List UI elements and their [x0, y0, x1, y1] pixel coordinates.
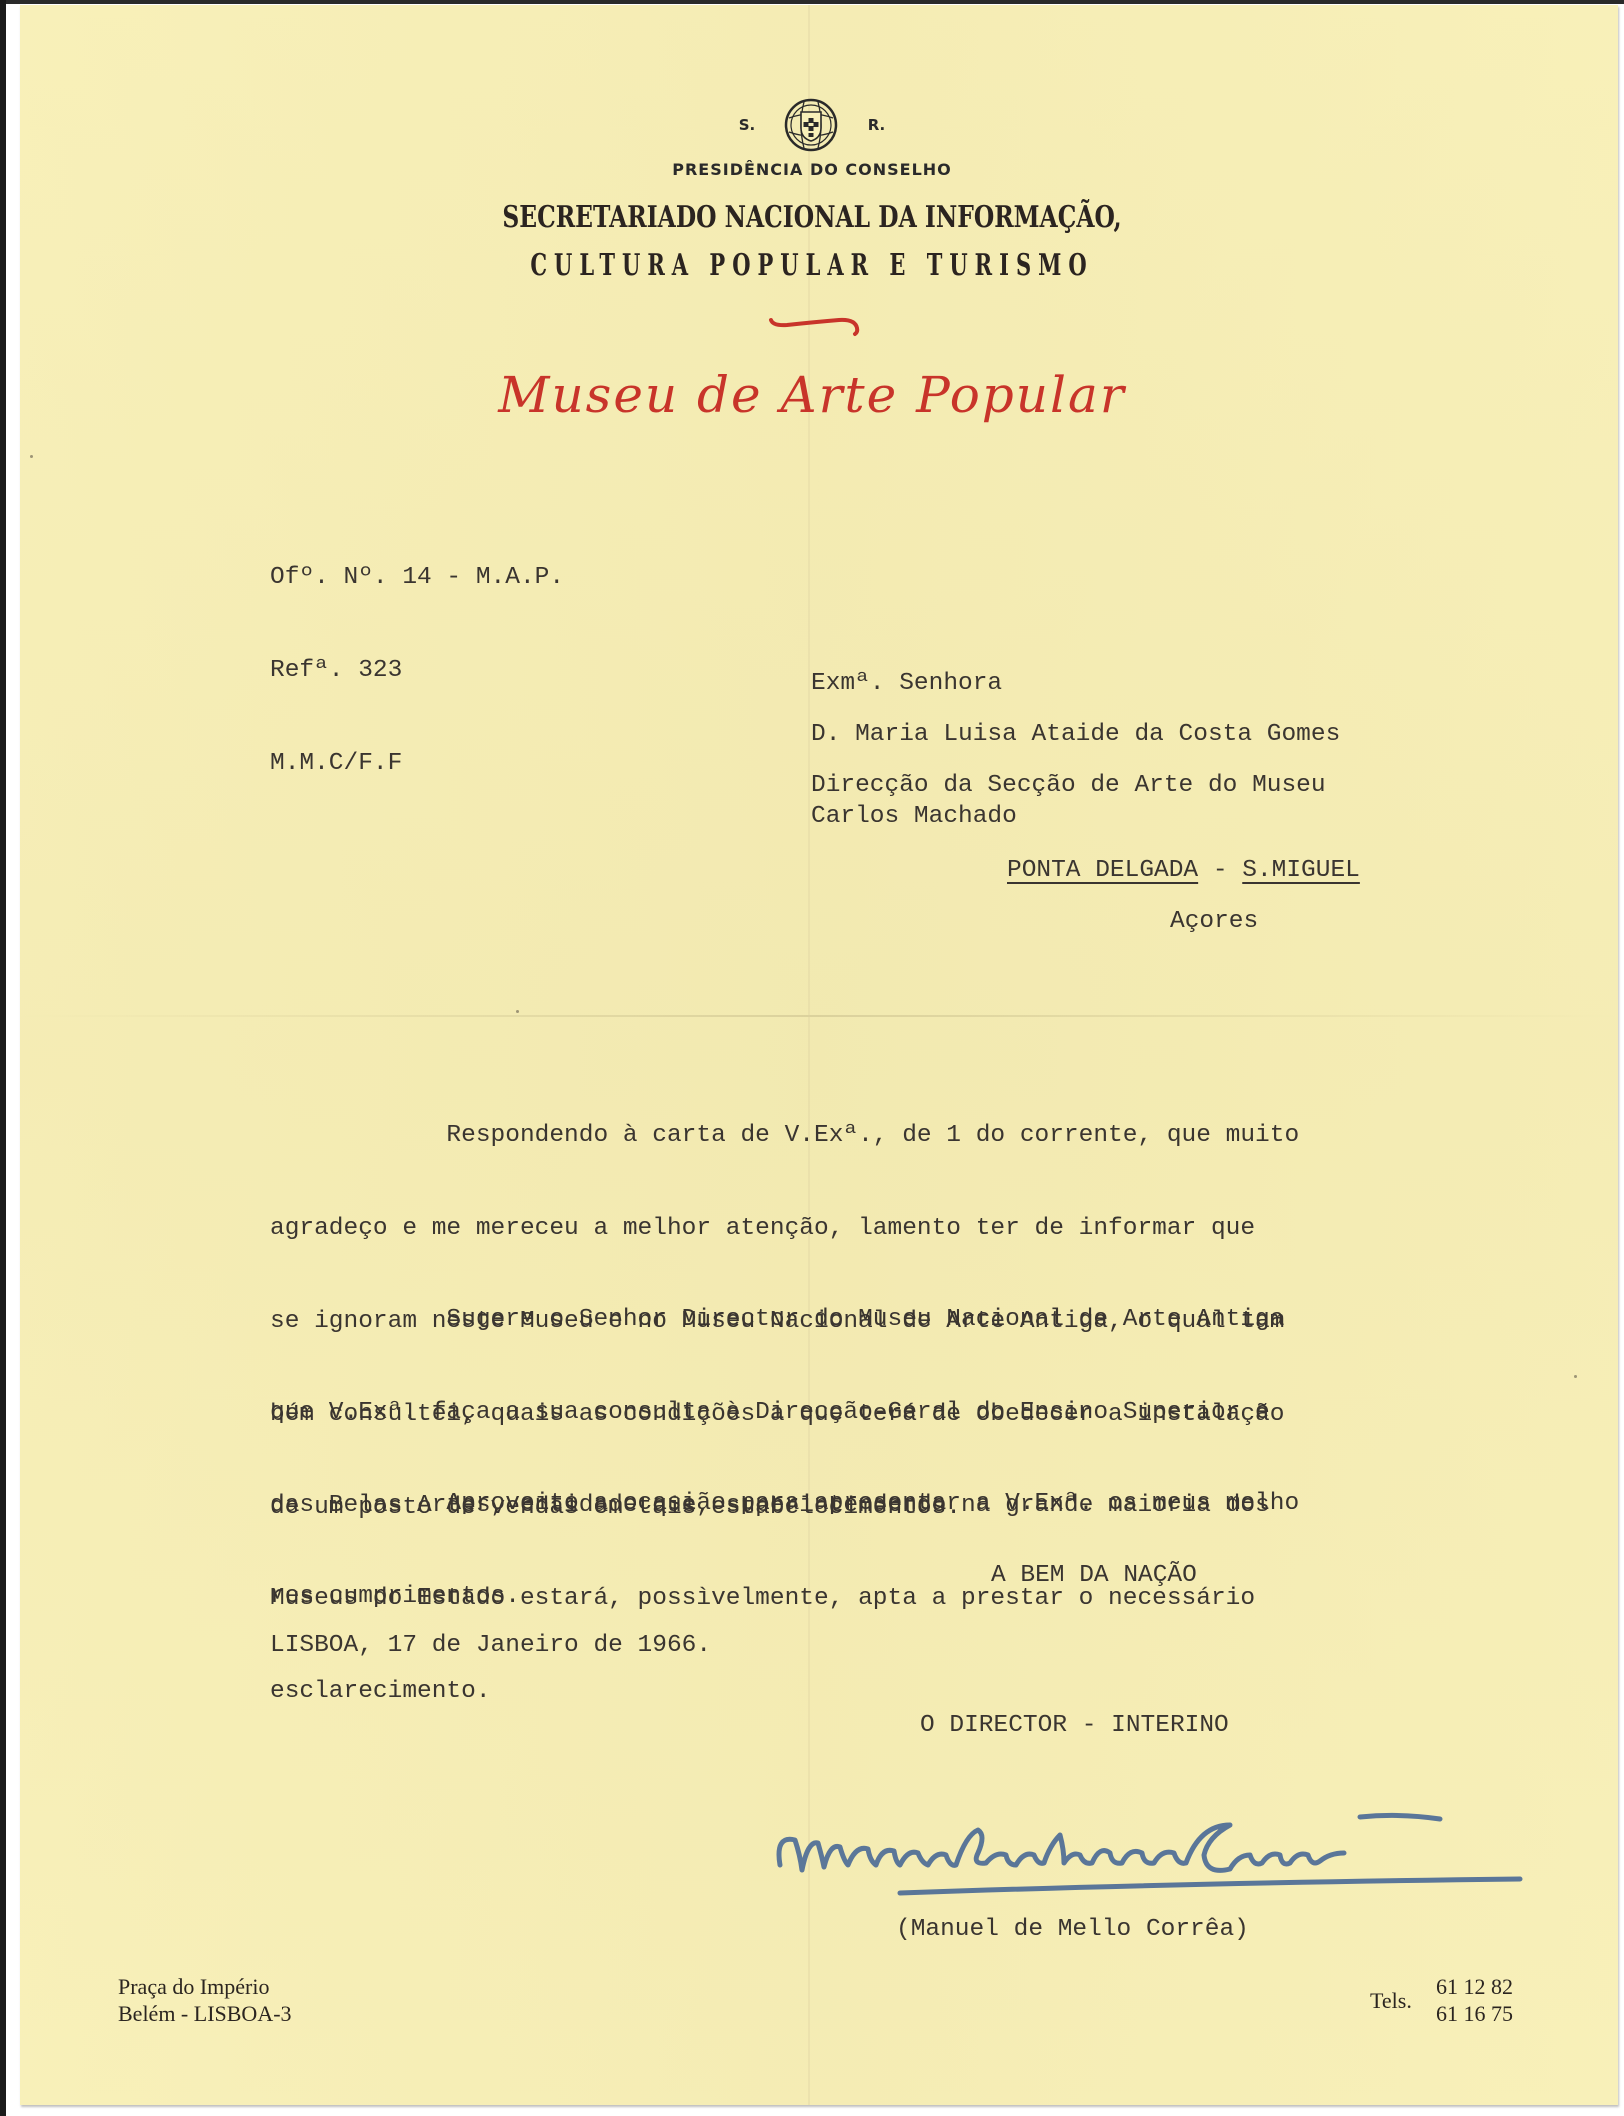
footer-tels-label: Tels.: [1370, 1988, 1412, 2014]
signatory-name: (Manuel de Mello Corrêa): [896, 1914, 1249, 1945]
scan-edge-top: [0, 0, 1624, 4]
footer-address-line2: Belém - LISBOA-3: [118, 2000, 292, 2027]
recipient-island: S.MIGUEL: [1242, 857, 1360, 884]
recipient-region: Açores: [1170, 906, 1258, 937]
coat-of-arms-icon: [784, 98, 838, 152]
recipient-separator: -: [1198, 857, 1242, 884]
recipient-dept-line1: Direcção da Secção de Arte do Museu: [811, 770, 1326, 801]
letterhead-seal-row: S. R.: [0, 98, 1624, 152]
body-line: Respondendo à carta de V.Exª., de 1 do c…: [270, 1120, 1299, 1151]
reference-line-initials: M.M.C/F.F: [270, 748, 564, 779]
body-line: esclarecimento.: [270, 1676, 1284, 1707]
paper-speck: [1574, 1375, 1577, 1378]
paper-fold-horizontal: [20, 1015, 1618, 1017]
signature-icon: [760, 1795, 1540, 1905]
recipient-salutation: Exmª. Senhora: [811, 668, 1002, 699]
body-line: agradeço e me mereceu a melhor atenção, …: [270, 1213, 1299, 1244]
footer-tel-2: 61 16 75: [1436, 2000, 1513, 2027]
reference-block: Ofº. Nº. 14 - M.A.P. Refª. 323 M.M.C/F.F: [270, 500, 564, 810]
recipient-dept-line2: Carlos Machado: [811, 801, 1017, 832]
seal-label-left: S.: [739, 116, 756, 134]
museum-name: Museu de Arte Popular: [0, 366, 1624, 424]
letterhead-secretariado-line2: CULTURA POPULAR E TURISMO: [244, 248, 1381, 283]
recipient-city: PONTA DELGADA: [1007, 857, 1198, 884]
body-line: que V.Exª. faça a sua consulta à Direcçã…: [270, 1397, 1284, 1428]
body-line: Aproveito a ocasião para apresentar a V.…: [270, 1488, 1299, 1519]
footer-telephones: 61 12 82 61 16 75: [1436, 1973, 1513, 2027]
footer-address: Praça do Império Belém - LISBOA-3: [118, 1973, 292, 2027]
flourish-icon: [765, 312, 865, 342]
place-date: LISBOA, 17 de Janeiro de 1966.: [270, 1630, 711, 1661]
body-paragraph-3: Aproveito a ocasião para apresentar a V.…: [270, 1426, 1299, 1643]
seal-label-right: R.: [868, 116, 886, 134]
recipient-name: D. Maria Luisa Ataide da Costa Gomes: [811, 719, 1340, 750]
closing-motto: A BEM DA NAÇÃO: [991, 1560, 1197, 1591]
footer-tel-1: 61 12 82: [1436, 1973, 1513, 2000]
signatory-title: O DIRECTOR - INTERINO: [920, 1710, 1229, 1741]
scan-edge-left: [0, 0, 6, 2116]
reference-line-ref: Refª. 323: [270, 655, 564, 686]
footer-address-line1: Praça do Império: [118, 1973, 292, 2000]
paper-speck: [516, 1010, 519, 1013]
recipient-location: PONTA DELGADA - S.MIGUEL: [1007, 855, 1360, 886]
reference-line-office-number: Ofº. Nº. 14 - M.A.P.: [270, 562, 564, 593]
letterhead-secretariado-line1: SECRETARIADO NACIONAL DA INFORMAÇÃO,: [179, 200, 1446, 235]
body-line: Sugere o Senhor Director do Museu Nacion…: [270, 1304, 1284, 1335]
paper-speck: [30, 455, 33, 458]
letterhead-presidencia: PRESIDÊNCIA DO CONSELHO: [0, 160, 1624, 179]
